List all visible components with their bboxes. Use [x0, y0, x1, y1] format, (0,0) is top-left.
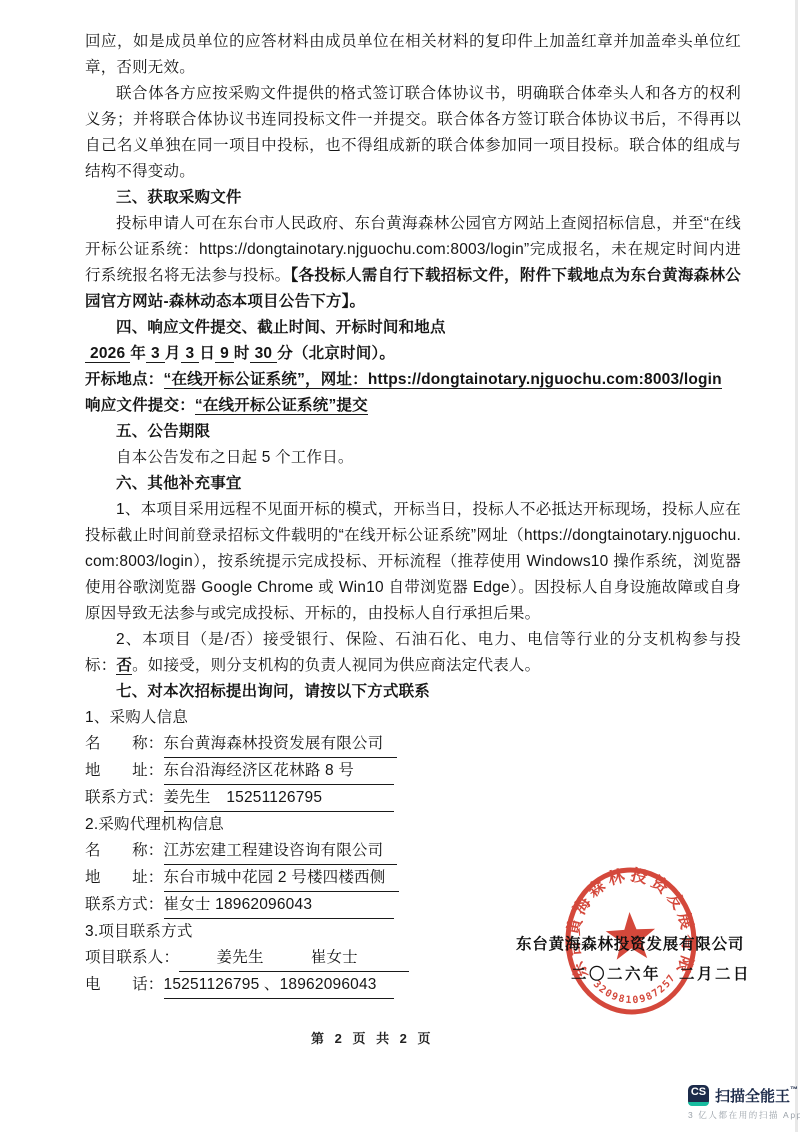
page-number-indicator: 第 2 页 共 2 页 — [311, 1028, 434, 1047]
section3-paragraph: 投标申请人可在东台市人民政府、东台黄海森林公园官方网站上查阅招标信息，并至“在线… — [85, 211, 741, 315]
camscanner-app-icon: CS — [688, 1085, 709, 1106]
purchaser-name-row: 名 称：东台黄海森林投资发展有限公司 — [85, 731, 741, 758]
deadline-month-label: 月 — [165, 345, 181, 362]
purchaser-name-value: 东台黄海森林投资发展有限公司 — [164, 731, 398, 758]
purchaser-contact-row: 联系方式：姜先生 15251126795 — [85, 785, 741, 812]
deadline-day-label: 日 — [199, 345, 215, 362]
agency-name-label: 名 称： — [85, 838, 164, 864]
cs-icon-letters: CS — [688, 1086, 709, 1098]
section5-heading: 五、公告期限 — [85, 419, 741, 445]
section4-heading: 四、响应文件提交、截止时间、开标时间和地点 — [85, 315, 741, 341]
section5-text: 自本公告发布之日起 5 个工作日。 — [85, 445, 741, 471]
agency-addr-label: 地 址： — [85, 865, 164, 891]
section3-heading: 三、获取采购文件 — [85, 185, 741, 211]
deadline-year: 2026 — [85, 345, 130, 363]
purchaser-contact-label: 联系方式： — [85, 785, 164, 811]
camscanner-watermark: CS 扫描全能王™ 3 亿人都在用的扫描 App — [688, 1085, 800, 1121]
deadline-minute-label: 分 — [277, 345, 293, 362]
agency-contact-label: 联系方式： — [85, 892, 164, 918]
open-location-value: “在线开标公证系统”，网址：https://dongtainotary.njgu… — [164, 371, 722, 389]
trademark-symbol: ™ — [790, 1085, 798, 1094]
purchaser-heading: 1、采购人信息 — [85, 705, 741, 731]
agency-heading: 2.采购代理机构信息 — [85, 812, 741, 838]
submit-label: 响应文件提交： — [85, 397, 195, 414]
deadline-hour-label: 时 — [234, 345, 250, 362]
signature-company-name: 东台黄海森林投资发展有限公司 — [516, 932, 744, 954]
deadline-month: 3 — [146, 345, 165, 363]
project-phone-value: 15251126795 、18962096043 — [164, 972, 394, 999]
section6-item2-suffix: 。如接受，则分支机构的负责人视同为供应商法定代表人。 — [132, 657, 540, 674]
camscanner-tagline: 3 亿人都在用的扫描 App — [688, 1109, 800, 1121]
section6-item1: 1、本项目采用远程不见面开标的模式，开标当日，投标人不必抵达开标现场，投标人应在… — [85, 497, 741, 627]
agency-name-value: 江苏宏建工程建设咨询有限公司 — [164, 838, 398, 865]
camscanner-title-row: CS 扫描全能王™ — [688, 1085, 800, 1106]
project-persons-label: 项目联系人： — [85, 945, 179, 971]
scanned-tender-document-page: { "body": { "para_seal_rule": "回应，如是成员单位… — [0, 0, 800, 1132]
purchaser-name-label: 名 称： — [85, 731, 164, 757]
camscanner-app-name: 扫描全能王™ — [715, 1085, 798, 1106]
purchaser-addr-value: 东台沿海经济区花林路 8 号 — [164, 758, 394, 785]
agency-contact-value: 崔女士 18962096043 — [164, 892, 394, 919]
section7-heading: 七、对本次招标提出询问，请按以下方式联系 — [85, 679, 741, 705]
open-location-line: 开标地点：“在线开标公证系统”，网址：https://dongtainotary… — [85, 367, 741, 393]
section6-item2-answer: 否 — [116, 657, 132, 675]
purchaser-addr-row: 地 址：东台沿海经济区花林路 8 号 — [85, 758, 741, 785]
project-phone-label: 电 话： — [85, 972, 164, 998]
deadline-hour: 9 — [215, 345, 234, 363]
section6-heading: 六、其他补充事宜 — [85, 471, 741, 497]
open-location-label: 开标地点： — [85, 371, 164, 388]
agency-addr-value: 东台市城中花园 2 号楼四楼西侧 — [164, 865, 400, 892]
scanner-edge-shadow — [795, 0, 798, 1132]
deadline-minute: 30 — [250, 345, 278, 363]
submit-value: “在线开标公证系统”提交 — [195, 397, 368, 415]
submit-line: 响应文件提交：“在线开标公证系统”提交 — [85, 393, 741, 419]
deadline-day: 3 — [181, 345, 200, 363]
para-seal-rule: 回应，如是成员单位的应答材料由成员单位在相关材料的复印件上加盖红章并加盖牵头单位… — [85, 29, 741, 81]
purchaser-contact-value: 姜先生 15251126795 — [164, 785, 394, 812]
camscanner-app-name-text: 扫描全能王 — [715, 1088, 790, 1105]
para-joint-venture: 联合体各方应按采购文件提供的格式签订联合体协议书，明确联合体牵头人和各方的权利义… — [85, 81, 741, 185]
section6-item2: 2、本项目（是/否）接受银行、保险、石油石化、电力、电信等行业的分支机构参与投标… — [85, 627, 741, 679]
purchaser-addr-label: 地 址： — [85, 758, 164, 784]
signature-date: 二〇二六年 二月二日 — [571, 962, 751, 984]
cs-icon-accent-bar — [688, 1102, 709, 1106]
project-persons-value: 姜先生 崔女士 — [179, 945, 409, 972]
deadline-line: 2026年3月3日9时30分（北京时间）。 — [85, 341, 741, 367]
deadline-year-label: 年 — [130, 345, 146, 362]
deadline-suffix: （北京时间）。 — [293, 345, 395, 362]
